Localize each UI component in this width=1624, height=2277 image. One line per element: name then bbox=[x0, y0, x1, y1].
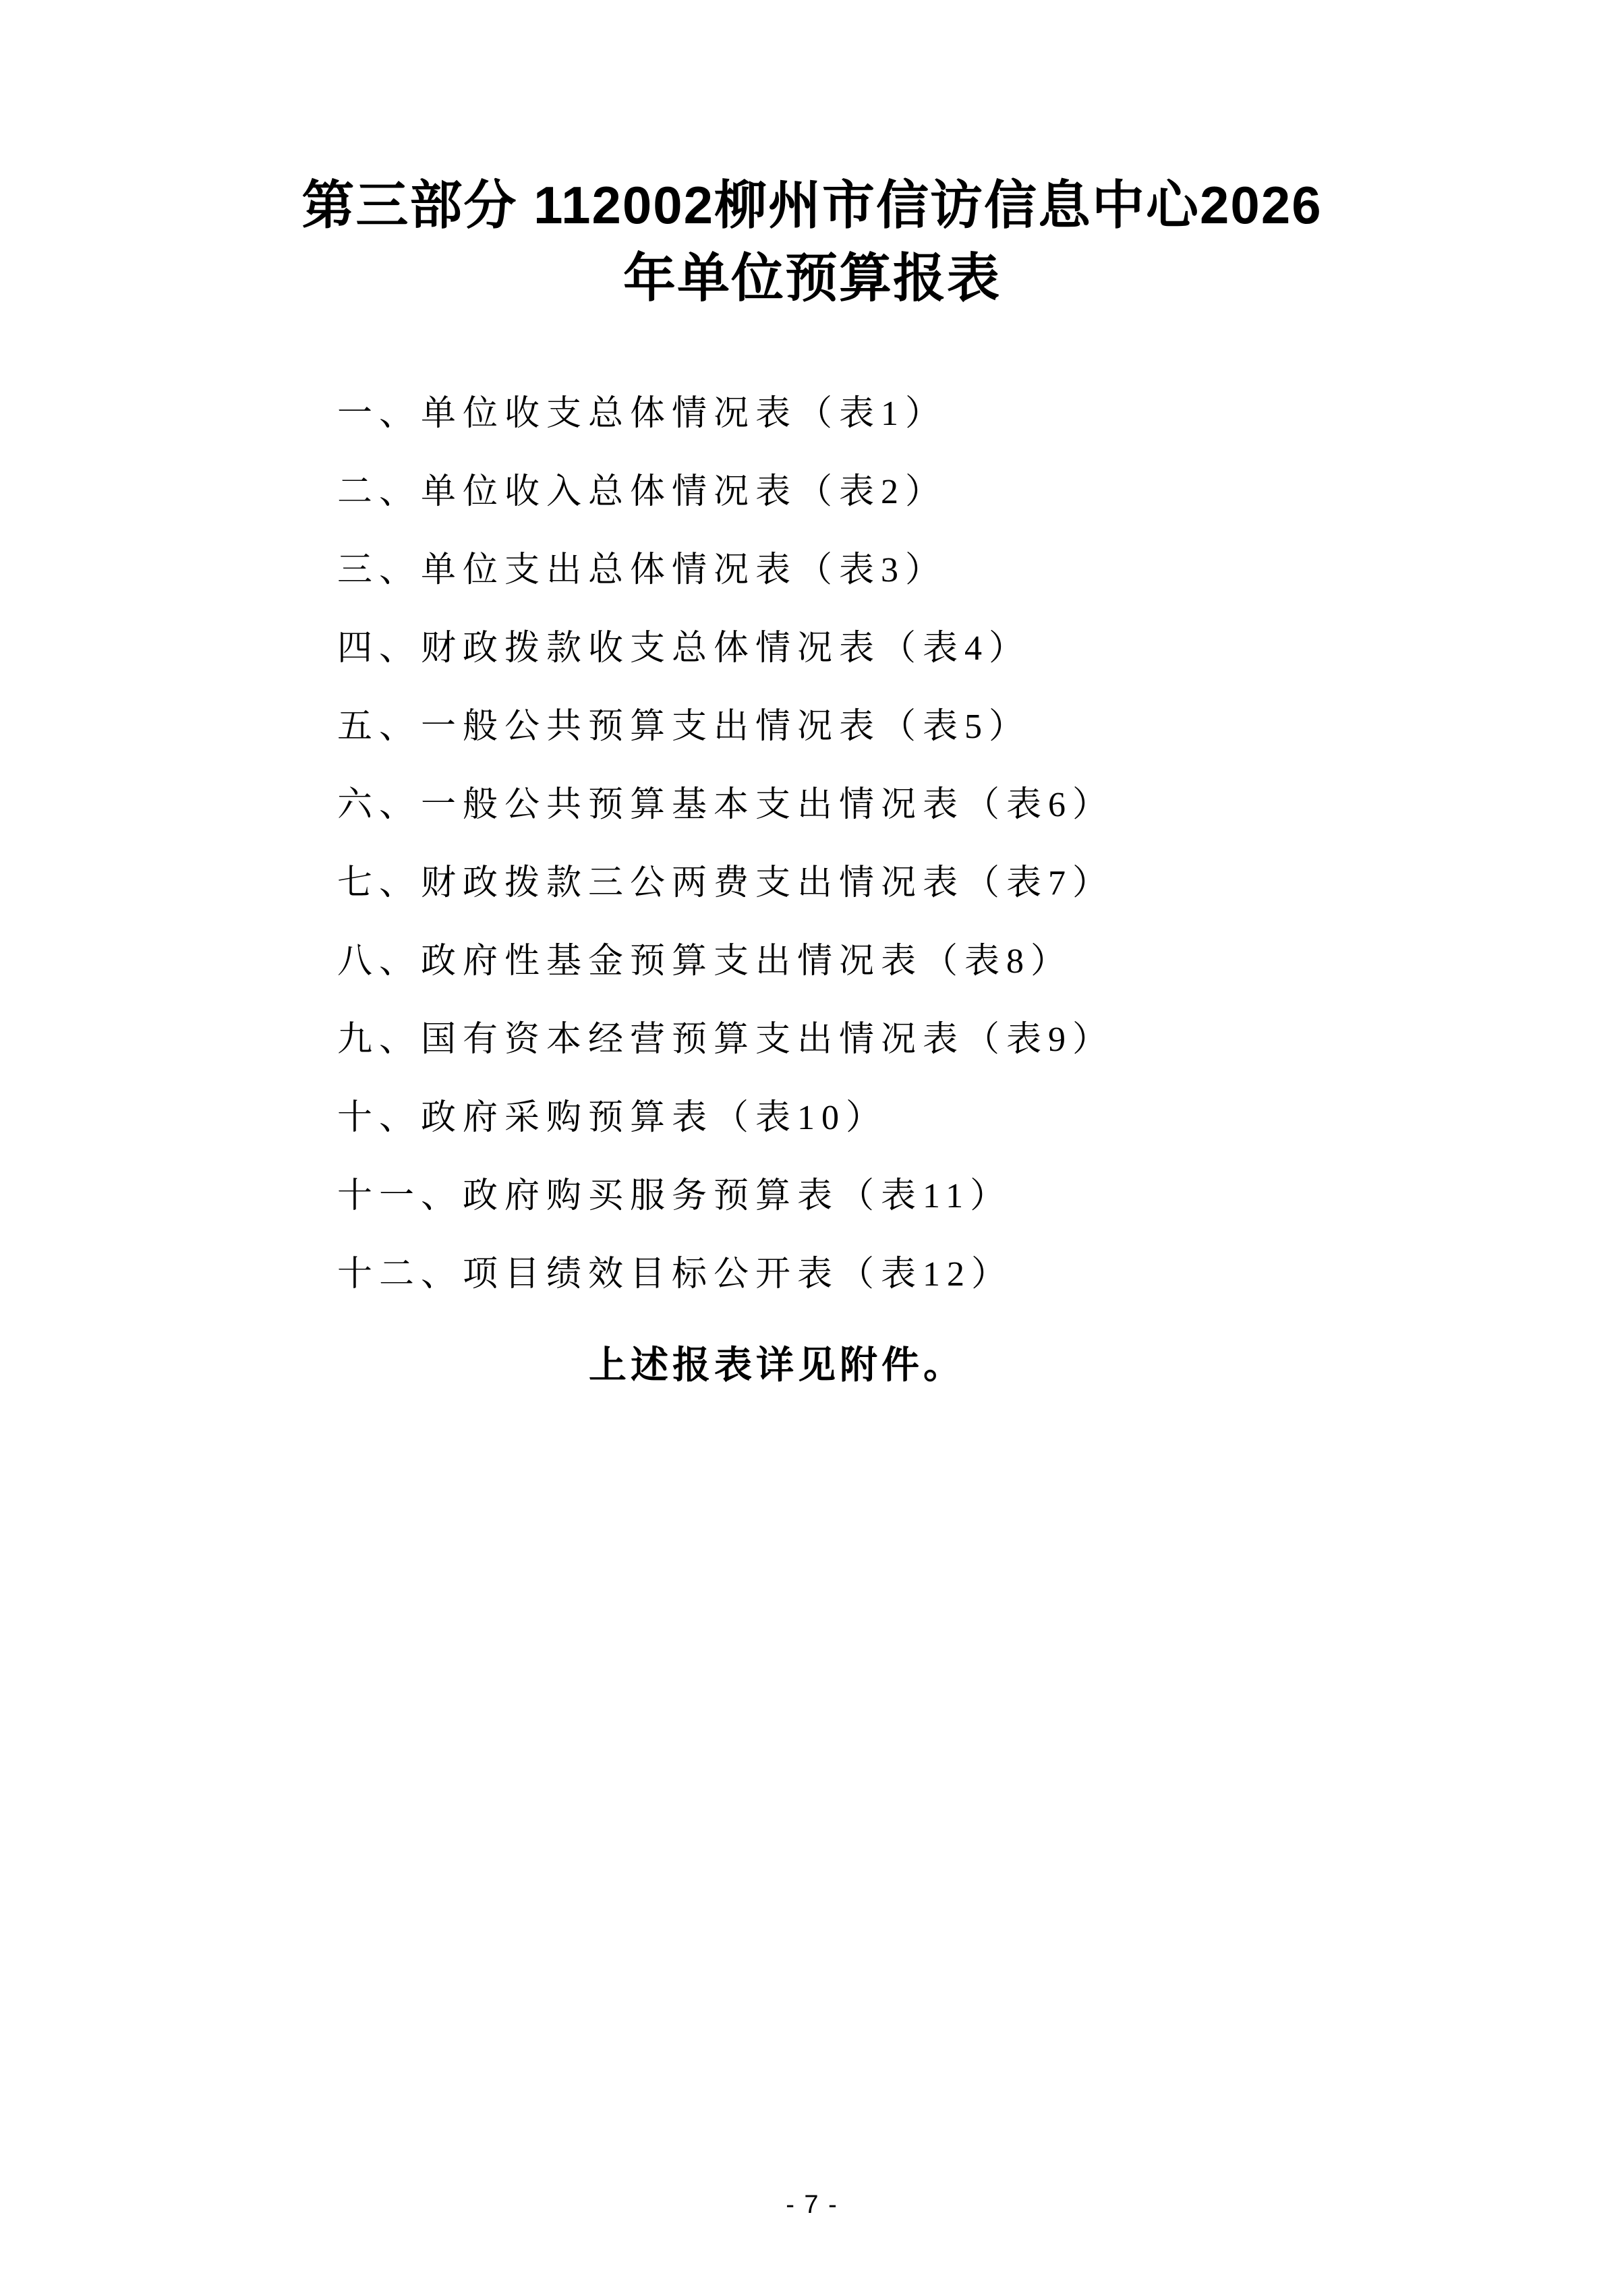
page-title-line1: 第三部分 112002柳州市信访信息中心2026 bbox=[0, 169, 1624, 241]
document-page: 第三部分 112002柳州市信访信息中心2026 年单位预算报表 一、单位收支总… bbox=[0, 0, 1624, 2277]
report-list-item: 十、政府采购预算表（表10） bbox=[337, 1101, 1624, 1136]
report-list: 一、单位收支总体情况表（表1） 二、单位收入总体情况表（表2） 三、单位支出总体… bbox=[337, 397, 1624, 1292]
page-title: 第三部分 112002柳州市信访信息中心2026 年单位预算报表 bbox=[0, 0, 1624, 314]
page-title-line2: 年单位预算报表 bbox=[0, 241, 1624, 314]
report-list-item: 十二、项目绩效目标公开表（表12） bbox=[337, 1257, 1624, 1292]
attachment-note: 上述报表详见附件。 bbox=[0, 1335, 1624, 1389]
report-list-item: 十一、政府购买服务预算表（表11） bbox=[337, 1179, 1624, 1214]
report-list-item: 三、单位支出总体情况表（表3） bbox=[337, 553, 1624, 588]
report-list-item: 七、财政拨款三公两费支出情况表（表7） bbox=[337, 866, 1624, 901]
report-list-item: 一、单位收支总体情况表（表1） bbox=[337, 397, 1624, 432]
page-number: - 7 - bbox=[0, 2191, 1624, 2220]
report-list-item: 五、一般公共预算支出情况表（表5） bbox=[337, 710, 1624, 745]
report-list-item: 四、财政拨款收支总体情况表（表4） bbox=[337, 631, 1624, 666]
report-list-item: 六、一般公共预算基本支出情况表（表6） bbox=[337, 788, 1624, 823]
report-list-item: 八、政府性基金预算支出情况表（表8） bbox=[337, 944, 1624, 979]
report-list-item: 二、单位收入总体情况表（表2） bbox=[337, 475, 1624, 510]
report-list-item: 九、国有资本经营预算支出情况表（表9） bbox=[337, 1022, 1624, 1058]
